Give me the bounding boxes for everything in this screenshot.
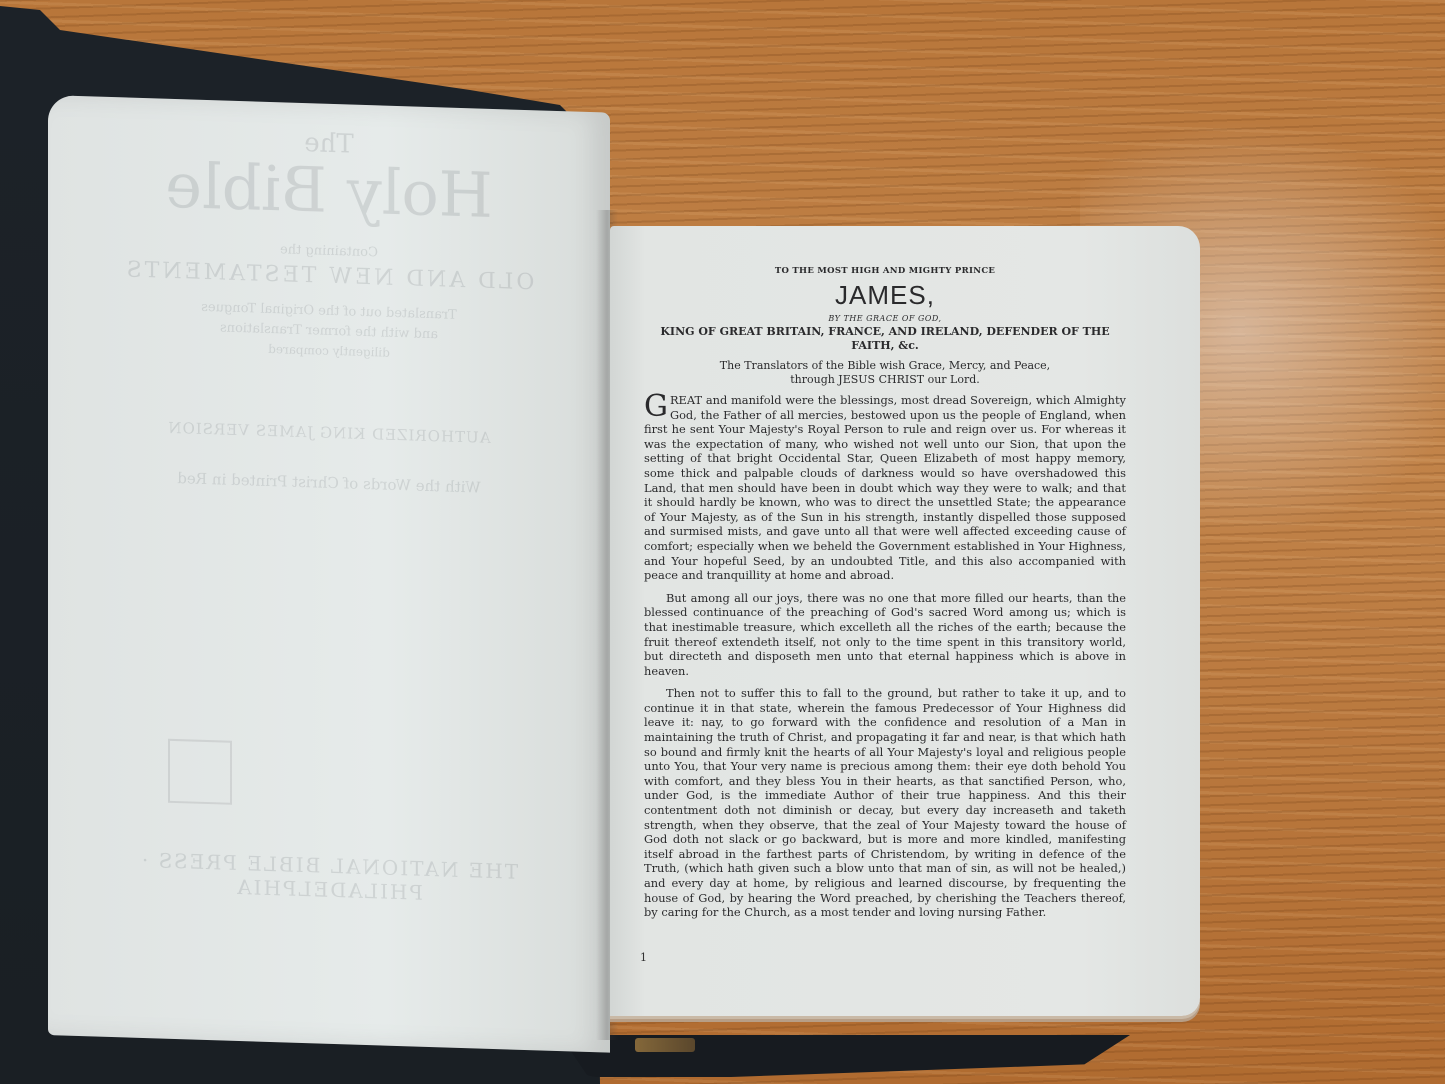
publisher-logo-show-through (168, 739, 232, 805)
paragraph-2: But among all our joys, there was no one… (644, 591, 1126, 679)
gold-stamping (635, 1038, 695, 1052)
king-title: KING OF GREAT BRITAIN, FRANCE, AND IRELA… (644, 325, 1126, 353)
drop-cap: G (644, 394, 668, 420)
right-page[interactable]: TO THE MOST HIGH AND MIGHTY PRINCE JAMES… (610, 226, 1200, 1016)
show-through-version: AUTHORIZED KING JAMES VERSION (48, 415, 610, 451)
king-name: JAMES, (644, 280, 1126, 311)
translators-line-2: through JESUS CHRIST our Lord. (644, 373, 1126, 387)
paragraph-1: GREAT and manifold were the blessings, m… (644, 393, 1126, 583)
left-page[interactable]: The Holy Bible Containing the OLD AND NE… (48, 95, 610, 1053)
paragraph-3: Then not to suffer this to fall to the g… (644, 686, 1126, 920)
show-through-publisher: THE NATIONAL BIBLE PRESS · PHILADELPHIA (48, 845, 610, 911)
show-through-words-of-christ: With the Words of Christ Printed in Red (48, 465, 610, 501)
page-number: 1 (640, 951, 647, 964)
dedication-heading: TO THE MOST HIGH AND MIGHTY PRINCE (644, 266, 1126, 276)
paragraph-1-text: REAT and manifold were the blessings, mo… (644, 393, 1126, 582)
by-grace-line: BY THE GRACE OF GOD, (644, 314, 1126, 323)
translators-line-1: The Translators of the Bible wish Grace,… (644, 359, 1126, 373)
